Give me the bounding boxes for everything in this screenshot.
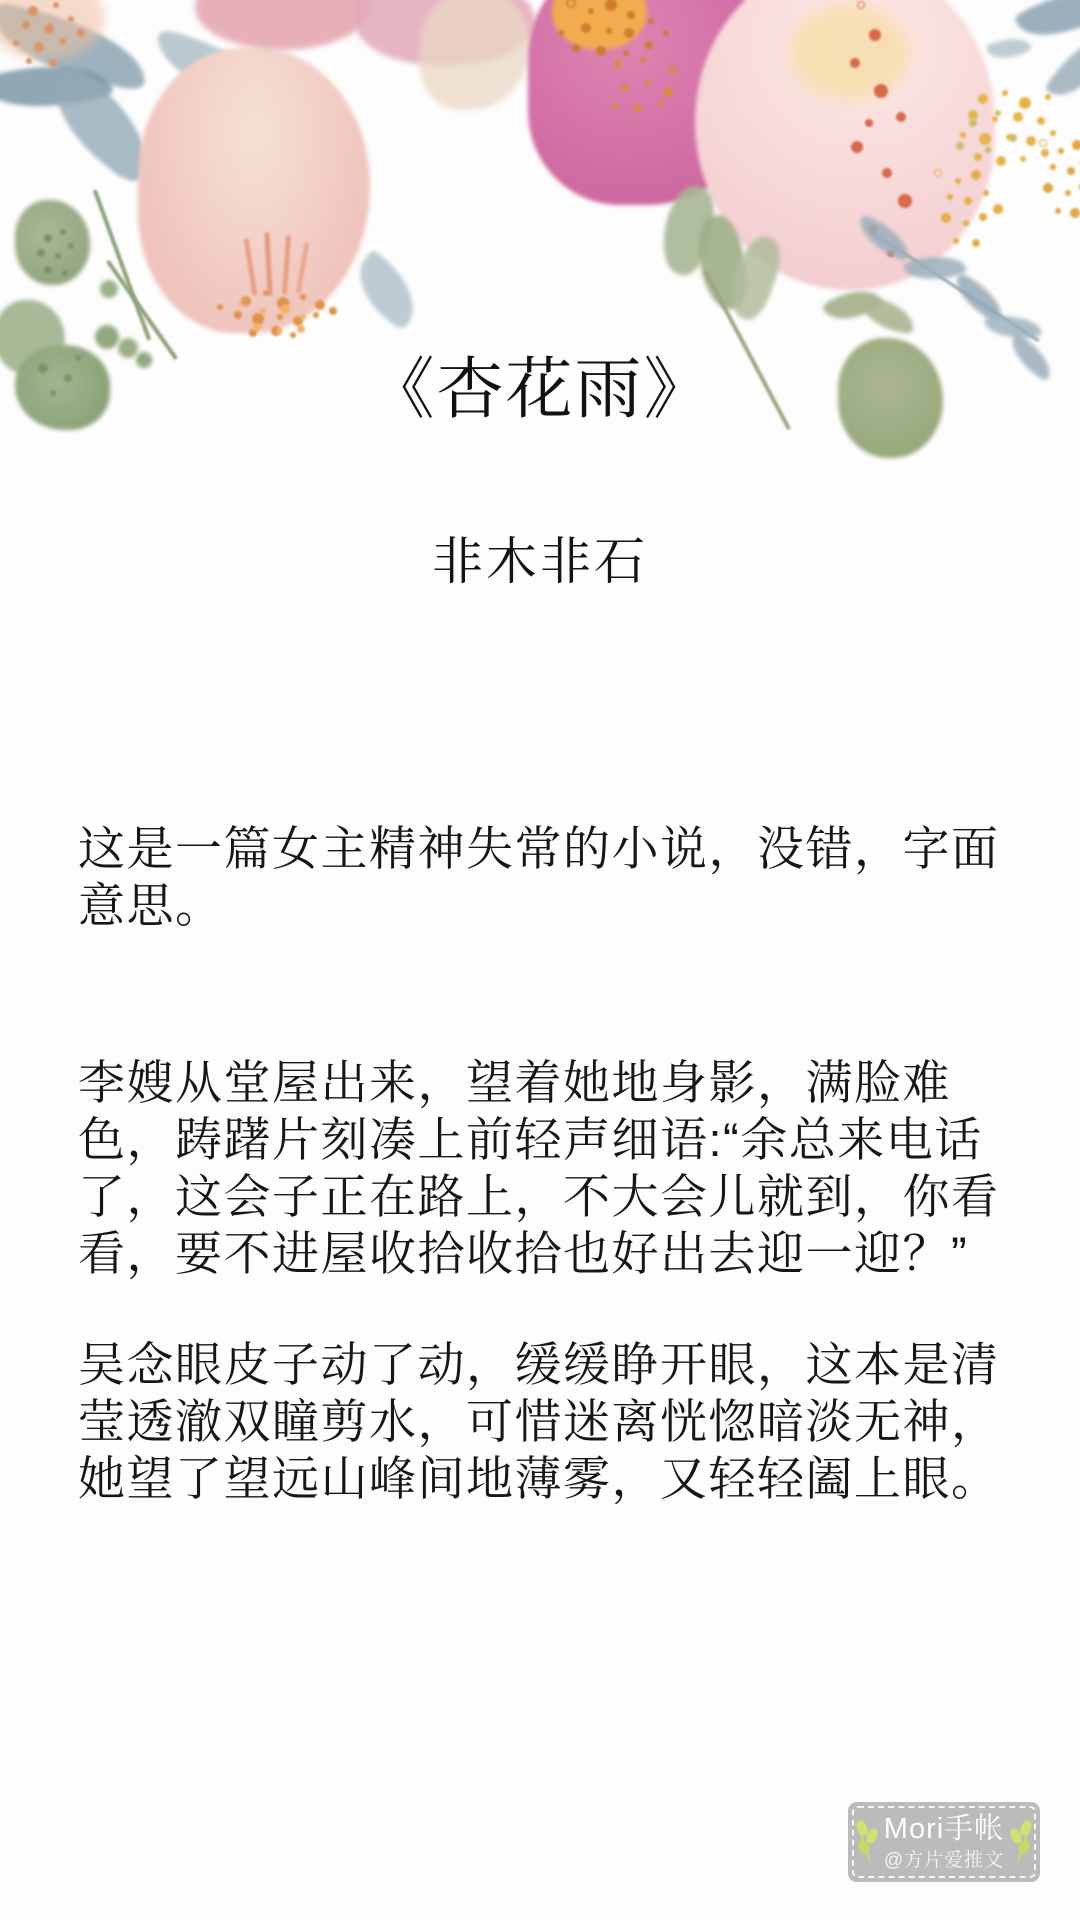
- watercolor-peony: [528, 0, 773, 205]
- watercolor-stamen: [296, 242, 310, 294]
- watercolor-leaf: [344, 249, 430, 332]
- paragraph-2: 李嫂从堂屋出来，望着她地身影，满脸难色，踌躇片刻凑上前轻声细语:“余总来电话了，…: [78, 1054, 1016, 1282]
- watercolor-yellow-florets: [935, 170, 941, 176]
- watercolor-blossom: [0, 0, 105, 60]
- watercolor-blossom: [195, 0, 370, 50]
- watercolor-blossom: [695, 0, 995, 290]
- watercolor-leaf: [821, 278, 884, 331]
- watercolor-leaf: [35, 63, 170, 187]
- watercolor-yellow-florets: [960, 90, 966, 96]
- watercolor-blossom: [420, 0, 530, 110]
- watercolor-stamen: [282, 235, 291, 295]
- watercolor-stamen-dots: [240, 300, 246, 306]
- watercolor-leaf: [852, 214, 916, 262]
- watercolor-leaf: [903, 248, 968, 289]
- leaf-icon: [1008, 1820, 1032, 1864]
- watermark-handle: @方片爱推文: [884, 1851, 1004, 1870]
- watercolor-speckles: [8, 0, 14, 6]
- watercolor-green-flower: [15, 200, 90, 285]
- watercolor-leaf: [146, 28, 295, 119]
- watercolor-stamen: [243, 238, 257, 296]
- watercolor-peony-dots: [568, 0, 574, 6]
- watercolor-leaf: [1044, 23, 1080, 109]
- watercolor-yellow-florets: [1040, 140, 1046, 146]
- watermark-stamp: Mori手帐 @方片爱推文: [848, 1802, 1040, 1882]
- watercolor-leaf: [694, 212, 751, 312]
- watercolor-leaf: [947, 272, 1010, 324]
- watercolor-peony-dots: [600, 75, 606, 81]
- watercolor-stem: [870, 231, 1039, 342]
- watercolor-leaf: [0, 48, 114, 125]
- watercolor-stamen-dots: [225, 292, 231, 298]
- watercolor-leaf: [858, 295, 917, 334]
- watercolor-blossom: [138, 48, 370, 333]
- watercolor-leaf: [722, 231, 789, 325]
- book-excerpt: 这是一篇女主精神失常的小说，没错，字面意思。 李嫂从堂屋出来，望着她地身影，满脸…: [78, 820, 1016, 1507]
- watercolor-leaf: [1014, 0, 1080, 54]
- watercolor-olive-florets: [945, 105, 951, 111]
- floral-header-artwork: [0, 0, 1080, 560]
- stamp-text: Mori手帐 @方片爱推文: [884, 1815, 1004, 1870]
- watermark-brand: Mori手帐: [884, 1815, 1004, 1844]
- watercolor-coral-dots: [858, 2, 864, 8]
- watercolor-stamen: [264, 232, 272, 296]
- watercolor-green-dots: [30, 225, 36, 231]
- watercolor-leaf: [654, 181, 722, 280]
- watercolor-leaf: [986, 31, 1032, 64]
- watercolor-leaf: [0, 2, 154, 92]
- leaf-icon: [856, 1820, 880, 1864]
- paragraph-1: 这是一篇女主精神失常的小说，没错，字面意思。: [78, 820, 1016, 934]
- watercolor-glow: [790, 5, 910, 100]
- paragraph-3: 吴念眼皮子动了动，缓缓睁开眼，这本是清莹透澈双瞳剪水，可惜迷离恍惚暗淡无神，她望…: [78, 1336, 1016, 1507]
- book-title: 《杏花雨》: [0, 346, 1080, 434]
- watercolor-bud: [100, 280, 118, 298]
- watercolor-leaf: [984, 313, 1042, 342]
- watercolor-stem: [93, 189, 151, 341]
- book-card: 《杏花雨》 非木非石 这是一篇女主精神失常的小说，没错，字面意思。 李嫂从堂屋出…: [0, 0, 1080, 1920]
- watercolor-blossom: [355, 0, 535, 65]
- book-author: 非木非石: [0, 518, 1080, 606]
- watercolor-peony-center: [552, 0, 647, 50]
